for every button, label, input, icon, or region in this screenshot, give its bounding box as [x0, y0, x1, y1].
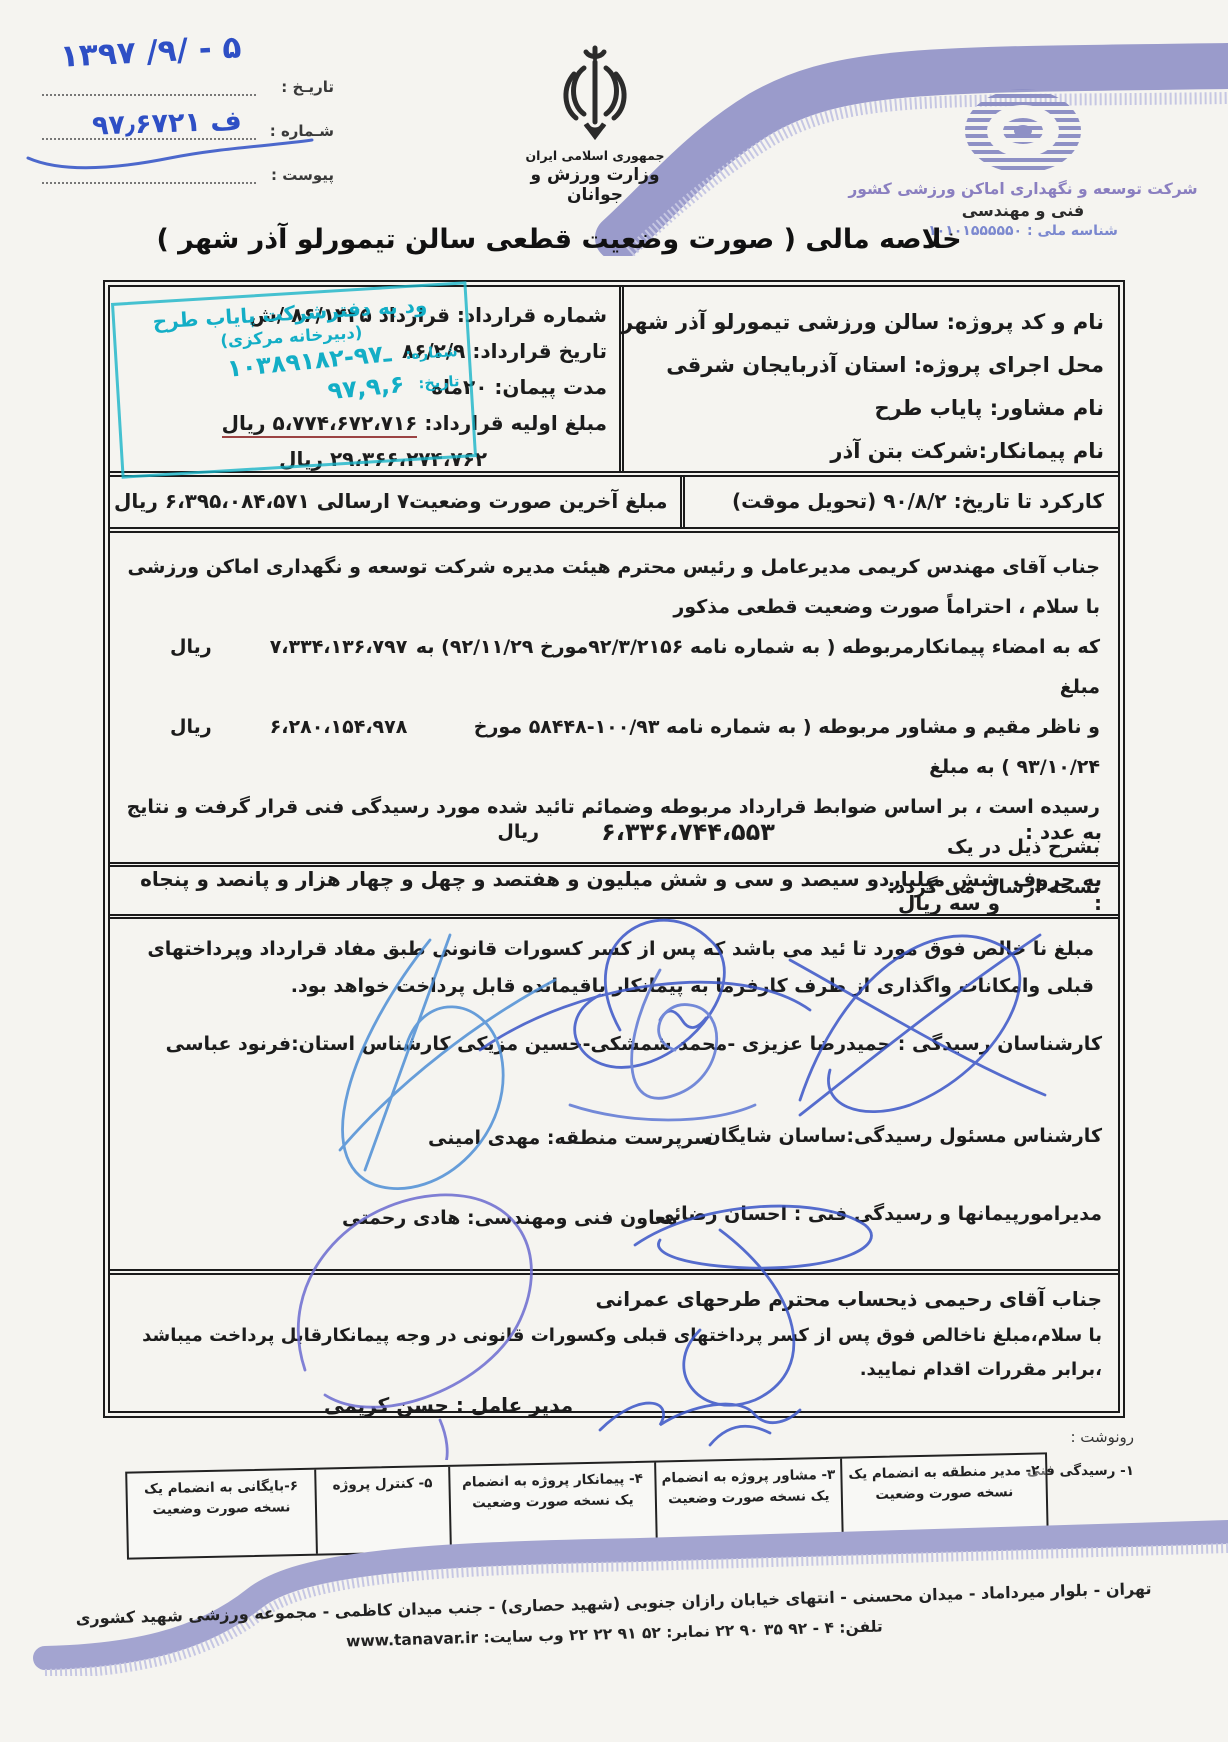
date-label: تاریـخ : [256, 78, 334, 96]
project-consultant: نام مشاور: پایاب طرح [628, 387, 1104, 430]
project-info-cell: نام و کد پروژه: سالن ورزشی تیمورلو آذر ش… [619, 287, 1118, 471]
iran-emblem-block: جمهوری اسلامی ایران وزارت ورزش و جوانان [520, 44, 670, 205]
company-logo [961, 86, 1085, 176]
project-location: محل اجرای پروژه: استان آذربایجان شرقی [628, 344, 1104, 387]
body-greeting: با سلام ، احتراماً صورت وضعیت قطعی مذکور [124, 587, 1100, 627]
stamp-number-label: شماره: [405, 344, 458, 363]
signatories-section: کارشناسان رسیدگی : حمیدرضا عزیزی -محمد ش… [110, 1023, 1118, 1269]
body-consultant-line: و ناظر مقیم و مشاور مربوطه ( به شماره نا… [124, 707, 1100, 787]
contractor-amount: ۷،۳۳۴،۱۳۶،۷۹۷ [270, 627, 408, 667]
registration-stamp: ود به دفترشرکت پایاب طرح (دبیرخانه مرکزی… [111, 281, 477, 478]
contractor-line-text: که به امضاء پیمانکارمربوطه ( به شماره نا… [407, 627, 1100, 707]
amount-numeric-unit: ریال [497, 821, 539, 843]
company-name: شرکت توسعه و نگهداری اماکن ورزشی کشور [818, 180, 1228, 198]
handwritten-date: ۱۳۹۷ /۹/ - ۵ [59, 29, 242, 74]
document-title: خلاصه مالی ( صورت وضعیت قطعی سالن تیمورل… [0, 224, 1118, 255]
project-contractor: نام پیمانکار:شرکت بتن آذر [628, 430, 1104, 473]
company-department: فنی و مهندسی [818, 201, 1228, 220]
amount-numeric-label: به عدد : [1025, 820, 1102, 844]
performance-cell: کارکرد تا تاریخ: ۹۰/۸/۲ (تحویل موقت) [680, 477, 1118, 527]
stamp-date-label: تاریخ: [418, 374, 460, 392]
contracts-manager-line: مدیرامورپیمانها و رسیدگی فنی : احسان رضا… [655, 1203, 1102, 1225]
last-statement-cell: مبلغ آخرین صورت وضعیت۷ ارسالی ۶،۳۹۵،۰۸۴،… [110, 477, 680, 527]
deputy-line: معاون فنی ومهندسی: هادی رحمتی [342, 1207, 678, 1229]
stamp-date-value: ۹۷,۹,۶ [327, 370, 406, 405]
letter-body: جناب آقای مهندس کریمی مدیرعامل و رئیس مح… [110, 533, 1118, 801]
contractor-amount-unit: ریال [170, 627, 212, 667]
amount-numeric-value: ۶،۳۳۶،۷۴۴،۵۵۳ [601, 818, 775, 846]
consultant-line-text: و ناظر مقیم و مشاور مربوطه ( به شماره نا… [407, 707, 1100, 787]
info-table-row2: کارکرد تا تاریخ: ۹۰/۸/۲ (تحویل موقت) مبل… [110, 477, 1118, 533]
emblem-caption-republic: جمهوری اسلامی ایران [520, 148, 670, 163]
distribution-label: رونوشت : [1070, 1428, 1134, 1446]
body-contractor-line: که به امضاء پیمانکارمربوطه ( به شماره نا… [124, 627, 1100, 707]
amount-words-label: به حروف : [1008, 867, 1102, 915]
handwritten-number-swash [20, 128, 320, 174]
chief-expert-line: کارشناس مسئول رسیدگی:ساسان شایگان [705, 1125, 1102, 1147]
amount-words-box: به حروف : شش میلیاردو سیصد و سی و شش میل… [110, 867, 1118, 919]
date-field: تاریـخ : [34, 78, 334, 96]
experts-line: کارشناسان رسیدگی : حمیدرضا عزیزی -محمد ش… [166, 1033, 1102, 1055]
treasurer-section: جناب آقای رحیمی ذیحساب محترم طرحهای عمرا… [110, 1269, 1118, 1411]
net-amount-note: مبلغ نا خالص فوق مورد تا ئید می باشد که … [110, 919, 1118, 1023]
treasurer-heading: جناب آقای رحیمی ذیحساب محترم طرحهای عمرا… [126, 1287, 1102, 1311]
treasurer-body: با سلام،مبلغ ناخالص فوق پس از کسر پرداخت… [126, 1319, 1102, 1387]
consultant-amount: ۶،۲۸۰،۱۵۴،۹۷۸ [270, 707, 408, 747]
iran-emblem-logo [556, 44, 634, 144]
project-name: نام و کد پروژه: سالن ورزشی تیمورلو آذر ش… [628, 301, 1104, 344]
amount-words-value: شش میلیاردو سیصد و سی و شش میلیون و هفتص… [126, 867, 1000, 915]
body-salutation: جناب آقای مهندس کریمی مدیرعامل و رئیس مح… [124, 547, 1100, 587]
date-dotted-line [42, 80, 256, 97]
consultant-amount-unit: ریال [170, 707, 212, 747]
scanned-document-page: تاریـخ : شـماره : پیوست : ۱۳۹۷ /۹/ - ۵ ۹… [0, 0, 1228, 1742]
managing-director-line: مدیر عامل : حسن کریمی [324, 1393, 573, 1417]
company-block: شرکت توسعه و نگهداری اماکن ورزشی کشور فن… [818, 86, 1228, 239]
region-head-line: سرپرست منطقه: مهدی امینی [428, 1127, 713, 1149]
emblem-caption-ministry: وزارت ورزش و جوانان [520, 165, 670, 205]
amount-numeric-box: به عدد : ۶،۳۳۶،۷۴۴،۵۵۳ ریال [110, 801, 1118, 867]
